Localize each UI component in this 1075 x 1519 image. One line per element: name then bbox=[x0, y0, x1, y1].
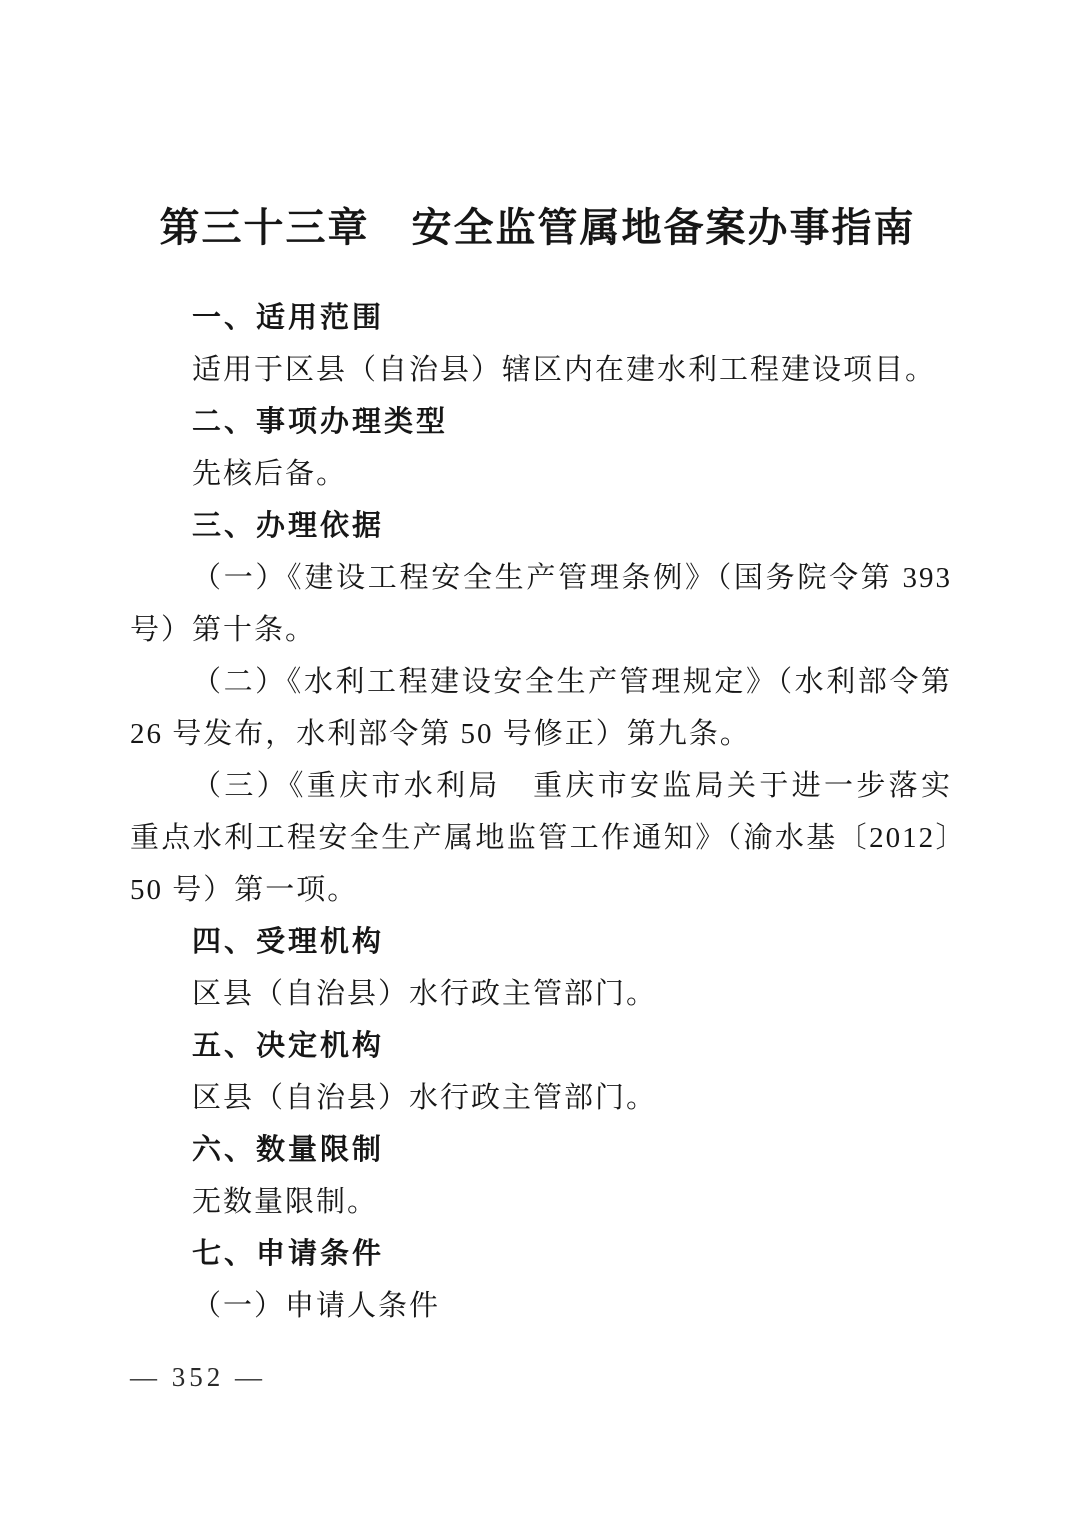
section-quantity-limit: 六、数量限制 无数量限制。 bbox=[130, 1124, 952, 1228]
paragraph: （一）申请人条件 bbox=[130, 1280, 952, 1332]
section-accepting-authority: 四、受理机构 区县（自治县）水行政主管部门。 bbox=[130, 916, 952, 1020]
section-heading: 四、受理机构 bbox=[130, 916, 952, 968]
section-heading: 六、数量限制 bbox=[130, 1124, 952, 1176]
paragraph: 适用于区县（自治县）辖区内在建水利工程建设项目。 bbox=[130, 344, 952, 396]
section-heading: 七、申请条件 bbox=[130, 1228, 952, 1280]
section-deciding-authority: 五、决定机构 区县（自治县）水行政主管部门。 bbox=[130, 1020, 952, 1124]
section-heading: 三、办理依据 bbox=[130, 500, 952, 552]
document-body: 一、适用范围 适用于区县（自治县）辖区内在建水利工程建设项目。 二、事项办理类型… bbox=[130, 292, 952, 1332]
paragraph: 区县（自治县）水行政主管部门。 bbox=[130, 1072, 952, 1124]
paragraph: 区县（自治县）水行政主管部门。 bbox=[130, 968, 952, 1020]
page-number: — 352 — bbox=[130, 1362, 266, 1393]
document-page: 第三十三章 安全监管属地备案办事指南 一、适用范围 适用于区县（自治县）辖区内在… bbox=[0, 0, 1075, 1519]
paragraph: （三）《重庆市水利局 重庆市安监局关于进一步落实重点水利工程安全生产属地监管工作… bbox=[130, 760, 952, 916]
paragraph: （一）《建设工程安全生产管理条例》（国务院令第 393 号）第十条。 bbox=[130, 552, 952, 656]
paragraph: 无数量限制。 bbox=[130, 1176, 952, 1228]
paragraph: 先核后备。 bbox=[130, 448, 952, 500]
section-handling-basis: 三、办理依据 （一）《建设工程安全生产管理条例》（国务院令第 393 号）第十条… bbox=[130, 500, 952, 916]
section-application-conditions: 七、申请条件 （一）申请人条件 bbox=[130, 1228, 952, 1332]
section-heading: 一、适用范围 bbox=[130, 292, 952, 344]
section-heading: 二、事项办理类型 bbox=[130, 396, 952, 448]
section-handling-type: 二、事项办理类型 先核后备。 bbox=[130, 396, 952, 500]
chapter-title: 第三十三章 安全监管属地备案办事指南 bbox=[0, 27, 1075, 257]
paragraph: （二）《水利工程建设安全生产管理规定》（水利部令第 26 号发布，水利部令第 5… bbox=[130, 656, 952, 760]
section-heading: 五、决定机构 bbox=[130, 1020, 952, 1072]
section-applicable-scope: 一、适用范围 适用于区县（自治县）辖区内在建水利工程建设项目。 bbox=[130, 292, 952, 396]
